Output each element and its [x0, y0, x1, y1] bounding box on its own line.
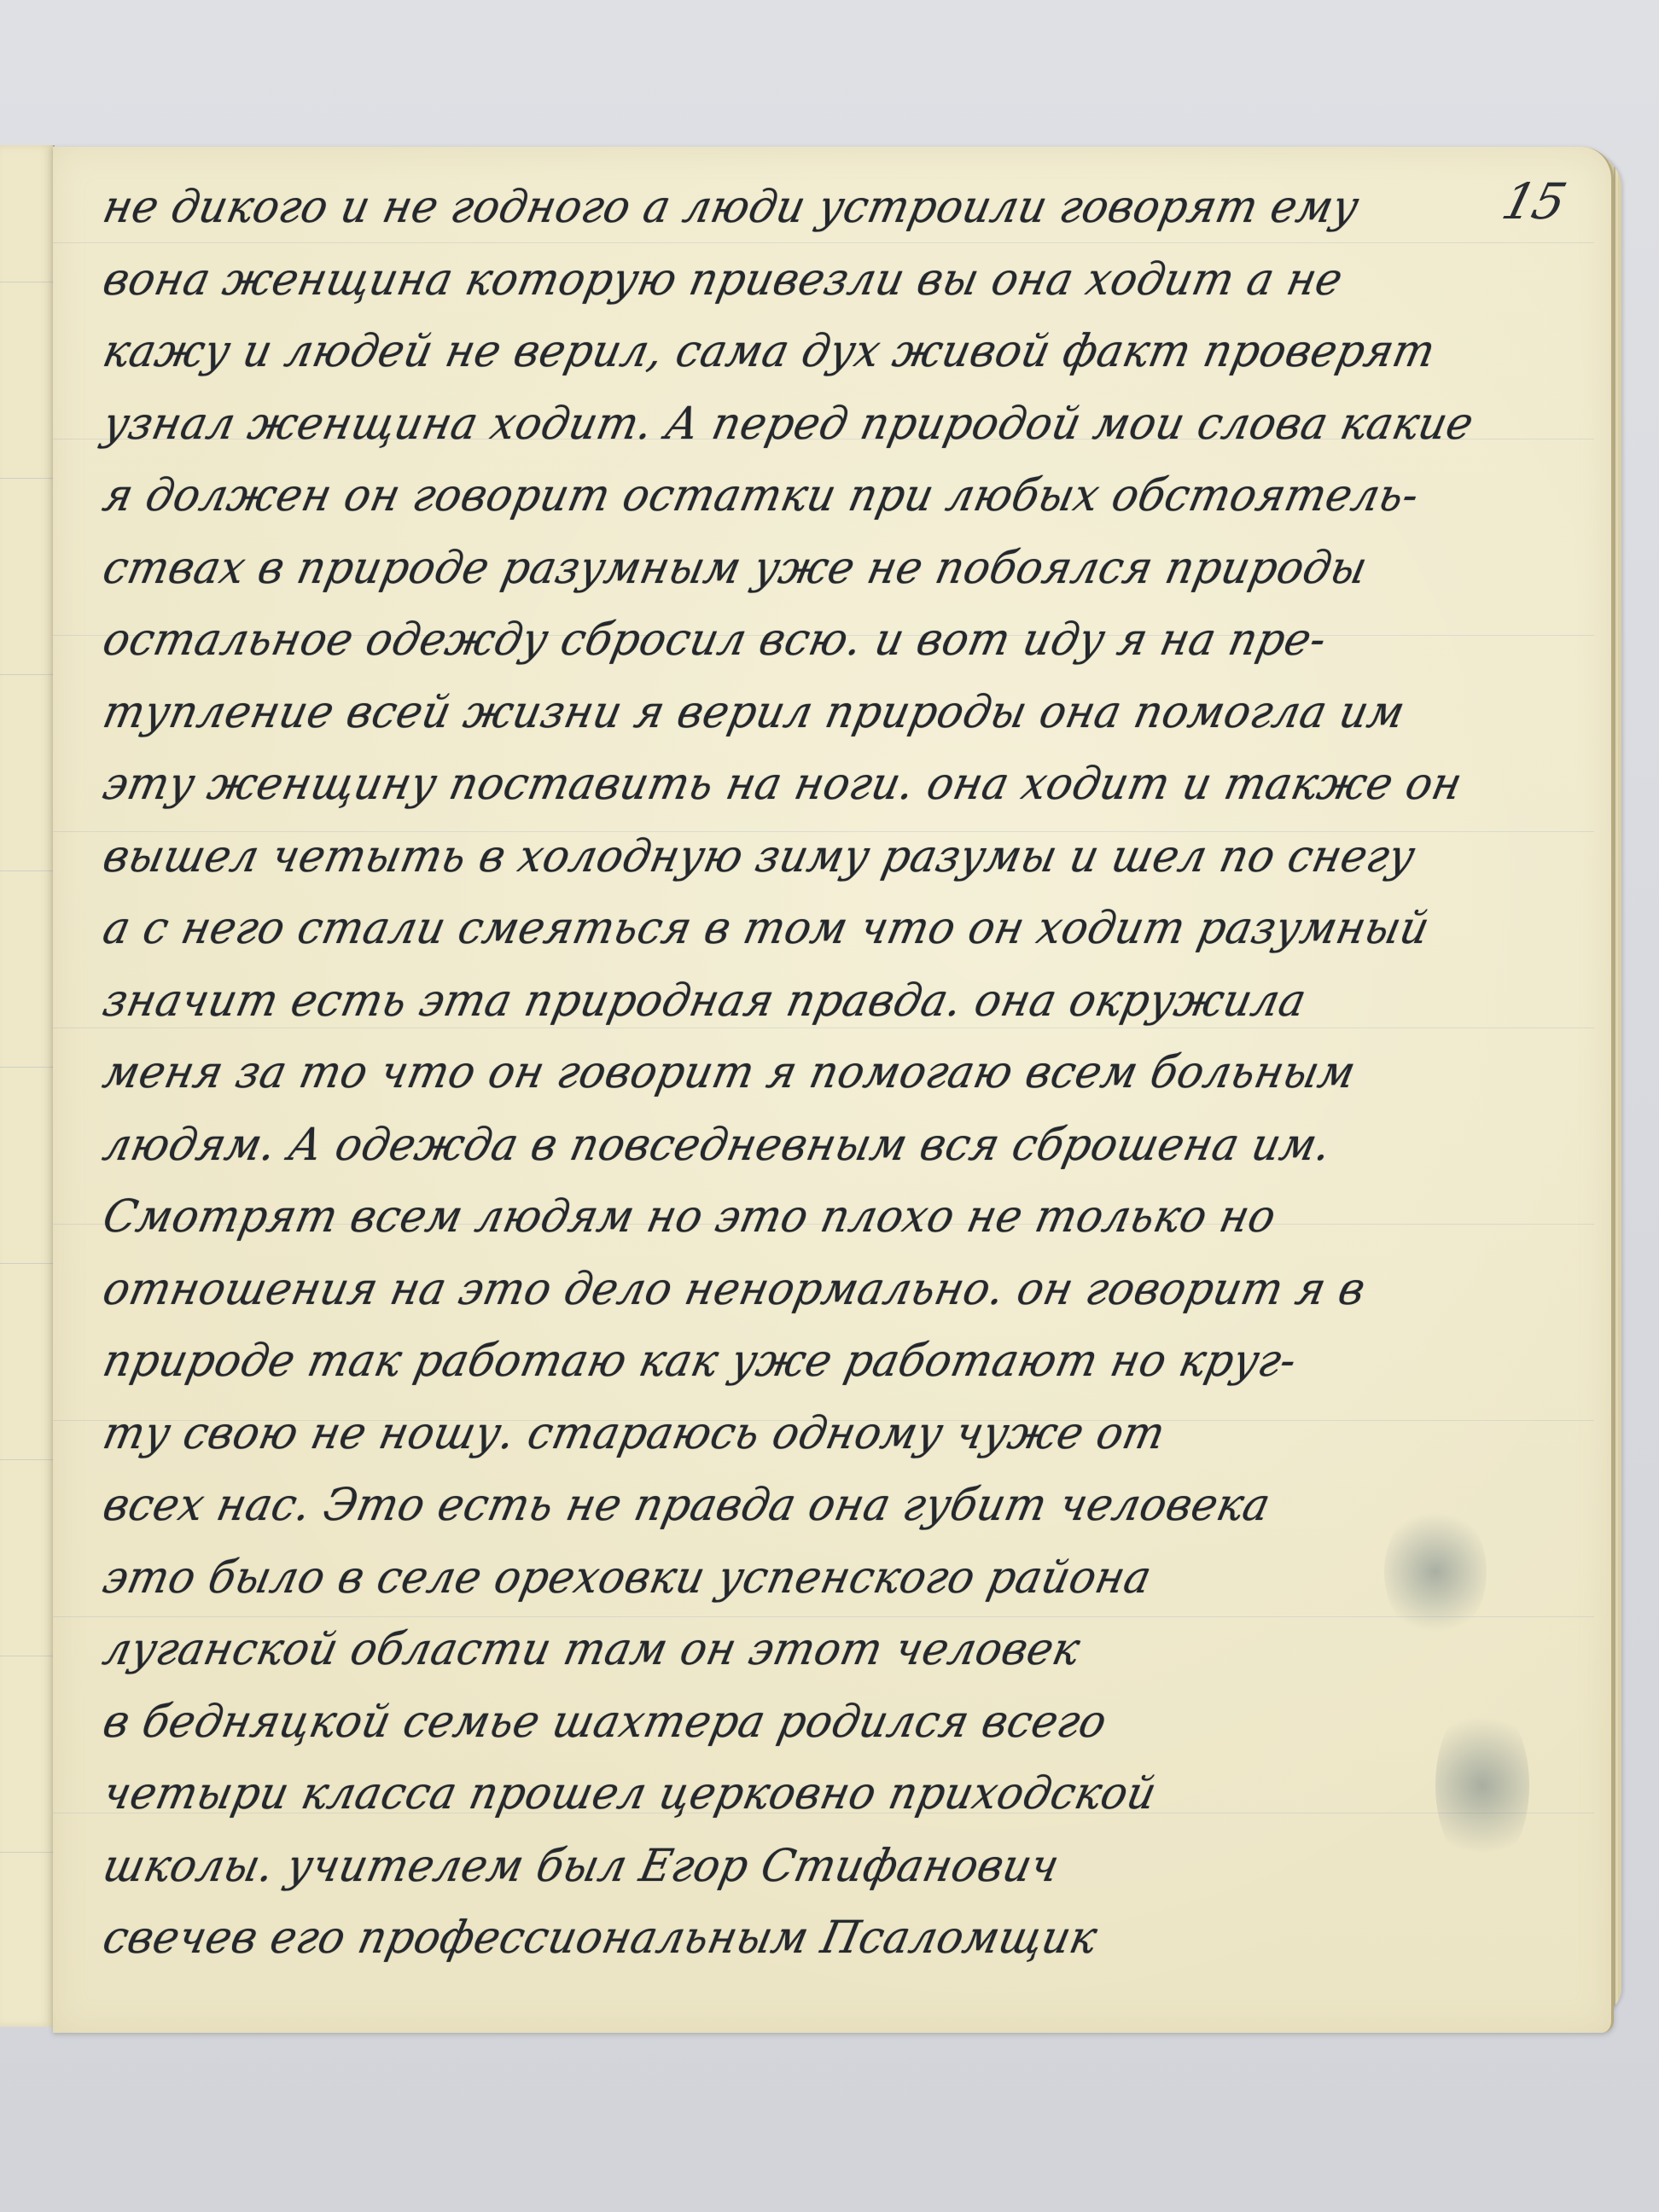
ruled-line — [0, 1459, 53, 1460]
ruled-line — [0, 1656, 53, 1656]
handwritten-text-body: не дикого и не годного а люди устроили г… — [104, 171, 1572, 1974]
ruled-line — [0, 674, 53, 675]
ruled-line — [0, 870, 53, 871]
text-line: это было в селе ореховки успенского райо… — [96, 1539, 1580, 1615]
text-line: не дикого и не годного а люди устроили г… — [96, 169, 1580, 245]
text-line: луганской области там он этот человек — [96, 1611, 1580, 1687]
text-line: я должен он говорит остатки при любых об… — [96, 457, 1580, 533]
ruled-line — [0, 1067, 53, 1068]
text-line: вышел четыть в холодную зиму разумы и ше… — [96, 818, 1580, 894]
text-line: кажу и людей не верил, сама дух живой фа… — [96, 313, 1580, 389]
text-line: узнал женщина ходит. А перед природой мо… — [96, 385, 1580, 461]
ruled-line — [0, 1852, 53, 1853]
ruled-line — [0, 282, 53, 282]
text-line: свечев его профессиональным Псаломщик — [96, 1900, 1580, 1976]
text-line: вона женщина которую привезли вы она ход… — [96, 241, 1580, 317]
text-line: всех нас. Это есть не правда она губит ч… — [96, 1467, 1580, 1543]
ruled-line — [0, 478, 53, 479]
text-line: четыри класса прошел церковно приходской — [96, 1755, 1580, 1831]
left-facing-page-edge — [0, 145, 55, 2027]
text-line: природе так работаю как уже работают но … — [96, 1323, 1580, 1399]
text-line: ствах в природе разумным уже не побоялся… — [96, 529, 1580, 605]
ruled-line — [0, 1263, 53, 1264]
text-line: людям. А одежда в повседневным вся сброш… — [96, 1106, 1580, 1182]
text-line: Смотрят всем людям но это плохо не тольк… — [96, 1179, 1580, 1254]
text-line: эту женщину поставить на ноги. она ходит… — [96, 746, 1580, 822]
text-line: меня за то что он говорит я помогаю всем… — [96, 1034, 1580, 1110]
text-line: а с него стали смеяться в том что он ход… — [96, 890, 1580, 966]
text-line: тупление всей жизни я верил природы она … — [96, 673, 1580, 749]
text-line: остальное одежду сбросил всю. и вот иду … — [96, 602, 1580, 678]
notebook-page: 15 не дикого и не годного а люди устроил… — [53, 147, 1614, 2033]
text-line: ту свою не ношу. стараюсь одному чуже от — [96, 1394, 1580, 1470]
text-line: значит есть эта природная правда. она ок… — [96, 962, 1580, 1038]
text-line: в бедняцкой семье шахтера родился всего — [96, 1683, 1580, 1759]
text-line: школы. учителем был Егор Стифанович — [96, 1827, 1580, 1903]
text-line: отношения на это дело ненормально. он го… — [96, 1250, 1580, 1326]
